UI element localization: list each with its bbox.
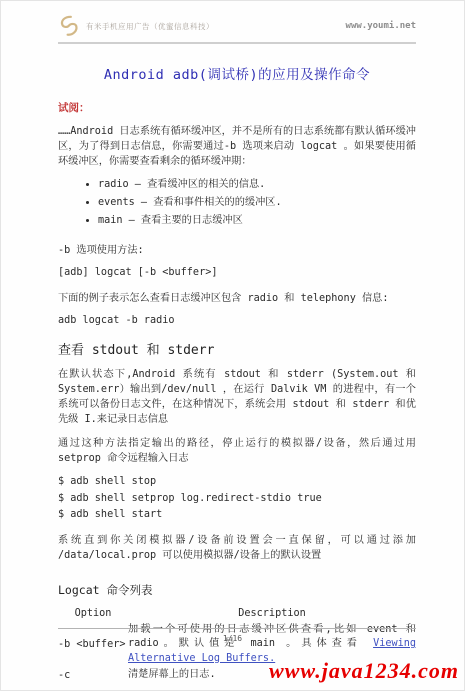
persist-paragraph: 系统直到你关闭模拟器/设备前设置会一直保留，可以通过添加 /data/local…	[58, 533, 416, 563]
document-content: Android adb(调试桥)的应用及操作命令 试阅： ……Android 日…	[1, 63, 464, 684]
watermark-text: www.java1234.com	[269, 658, 459, 684]
intro-paragraph: ……Android 日志系统有循环缓冲区，并不是所有的日志系统都有默认循环缓冲区…	[58, 124, 416, 169]
example-code-line: adb logcat -b radio	[58, 315, 416, 326]
stdout-heading: 查看 stdout 和 stderr	[58, 339, 416, 358]
footer-divider	[58, 628, 416, 629]
bullet-events: events — 查看和事件相关的的缓冲区.	[98, 194, 416, 212]
example-intro: 下面的例子表示怎么查看日志缓冲区包含 radio 和 telephony 信息:	[58, 289, 416, 304]
option-column-header: Option	[58, 608, 128, 622]
youmi-logo-icon	[58, 15, 80, 37]
page-footer: 1/16 www.java1234.com	[1, 628, 464, 690]
header-company-label: 有米手机应用广告（优蜜信息科技）	[86, 21, 346, 32]
bullet-main: main — 查看主要的日志缓冲区	[98, 212, 416, 230]
logcat-heading: Logcat 命令列表	[58, 582, 416, 598]
page-number: 1/16	[1, 634, 464, 643]
document-page: 有米手机应用广告（优蜜信息科技） www.youmi.net Android a…	[0, 0, 465, 691]
setprop-paragraph: 通过这种方法指定输出的路径，停止运行的模拟器/设备，然后通过用 setprop …	[58, 436, 416, 466]
usage-code-line: [adb] logcat [-b <buffer>]	[58, 267, 416, 278]
page-title: Android adb(调试桥)的应用及操作命令	[58, 63, 416, 83]
b-option-label: -b 选项使用方法:	[58, 241, 416, 256]
shell-line-start: $ adb shell start	[58, 507, 416, 524]
shell-code-block: $ adb shell stop$ adb shell setprop log.…	[58, 474, 416, 524]
stdout-paragraph: 在默认状态下,Android 系统有 stdout 和 stderr (Syst…	[58, 367, 416, 427]
buffer-bullet-list: radio — 查看缓冲区的相关的信息. events — 查看和事件相关的的缓…	[58, 176, 416, 230]
table-header-row: Option Description	[58, 608, 416, 622]
description-column-header: Description	[128, 608, 416, 622]
trial-label: 试阅：	[58, 100, 416, 115]
shell-line-setprop: $ adb shell setprop log.redirect-stdio t…	[58, 491, 416, 508]
header-site-label: www.youmi.net	[346, 21, 416, 31]
shell-line-stop: $ adb shell stop	[58, 474, 416, 491]
page-header: 有米手机应用广告（优蜜信息科技） www.youmi.net	[58, 15, 416, 44]
bullet-radio: radio — 查看缓冲区的相关的信息.	[98, 176, 416, 194]
